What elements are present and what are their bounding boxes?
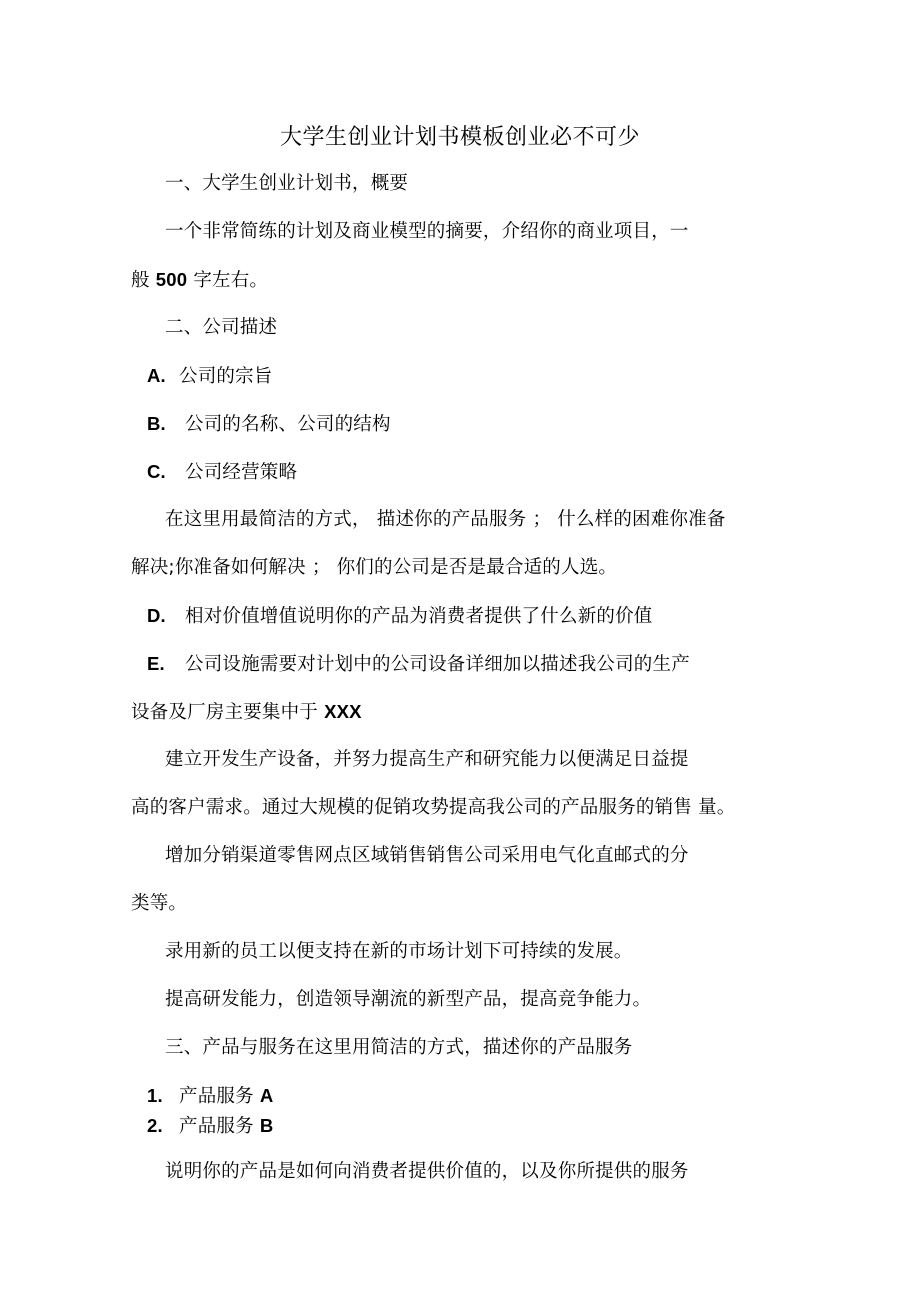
list-item-b: B.公司的名称、公司的结构 (147, 412, 391, 437)
production-paragraph-line-1: 建立开发生产设备，并努力提高生产和研究能力以便满足日益提 (165, 748, 689, 772)
section-3-heading: 三、产品与服务在这里用简洁的方式，描述你的产品服务 (165, 1036, 633, 1060)
summary-text-post: 字左右。 (187, 270, 268, 291)
list-marker-c: C. (147, 460, 185, 484)
list-item-e-continuation: 设备及厂房主要集中于 XXX (131, 700, 362, 725)
word-count-number: 500 (156, 268, 187, 292)
product-list-item-2: 2.产品服务 B (147, 1114, 273, 1139)
distribution-paragraph-line-2: 类等。 (131, 892, 187, 916)
strategy-paragraph-line-1: 在这里用最简洁的方式， 描述你的产品服务 ； 什么样的困难你准备 (165, 508, 726, 532)
summary-paragraph-line-2: 般 500 字左右。 (131, 268, 268, 293)
product-list-item-2-text: 产品服务 (179, 1116, 260, 1137)
facility-text: 设备及厂房主要集中于 (131, 702, 324, 723)
document-title: 大学生创业计划书模板创业必不可少 (0, 124, 920, 152)
list-item-d: D.相对价值增值说明你的产品为消费者提供了什么新的价值 (147, 604, 653, 629)
product-list-item-2-letter: B (260, 1114, 274, 1138)
section-1-heading: 一、大学生创业计划书，概要 (165, 172, 408, 196)
value-paragraph: 说明你的产品是如何向消费者提供价值的，以及你所提供的服务 (165, 1160, 689, 1184)
list-item-e-text: 公司设施需要对计划中的公司设备详细加以描述我公司的生产 (185, 654, 690, 675)
list-marker-b: B. (147, 412, 185, 436)
section-2-heading: 二、公司描述 (165, 316, 277, 340)
product-list-item-1-letter: A (260, 1084, 274, 1108)
document-page: 大学生创业计划书模板创业必不可少 一、大学生创业计划书，概要 一个非常简练的计划… (0, 0, 920, 1303)
hiring-paragraph: 录用新的员工以便支持在新的市场计划下可持续的发展。 (165, 940, 633, 964)
list-item-d-text: 相对价值增值说明你的产品为消费者提供了什么新的价值 (185, 606, 653, 627)
facility-location-code: XXX (324, 700, 362, 724)
product-list-marker-1: 1. (147, 1084, 179, 1108)
list-marker-d: D. (147, 604, 185, 628)
product-list-item-1: 1.产品服务 A (147, 1084, 273, 1109)
list-marker-a: A. (147, 364, 179, 388)
list-marker-e: E. (147, 652, 185, 676)
rnd-paragraph: 提高研发能力，创造领导潮流的新型产品，提高竞争能力。 (165, 988, 651, 1012)
list-item-b-text: 公司的名称、公司的结构 (185, 414, 391, 435)
list-item-c: C.公司经营策略 (147, 460, 297, 485)
summary-text-pre: 般 (131, 270, 156, 291)
list-item-a: A.公司的宗旨 (147, 364, 273, 389)
list-item-a-text: 公司的宗旨 (179, 366, 273, 387)
distribution-paragraph-line-1: 增加分销渠道零售网点区域销售销售公司采用电气化直邮式的分 (165, 844, 689, 868)
product-list-item-1-text: 产品服务 (179, 1086, 260, 1107)
strategy-paragraph-line-2: 解决;你准备如何解决 ； 你们的公司是否是最合适的人选。 (131, 556, 617, 580)
product-list-marker-2: 2. (147, 1114, 179, 1138)
list-item-e: E.公司设施需要对计划中的公司设备详细加以描述我公司的生产 (147, 652, 690, 677)
summary-paragraph-line-1: 一个非常简练的计划及商业模型的摘要，介绍你的商业项目，一 (165, 220, 689, 244)
production-paragraph-line-2: 高的客户需求。通过大规模的促销攻势提高我公司的产品服务的销售 量。 (131, 796, 735, 820)
list-item-c-text: 公司经营策略 (185, 462, 297, 483)
